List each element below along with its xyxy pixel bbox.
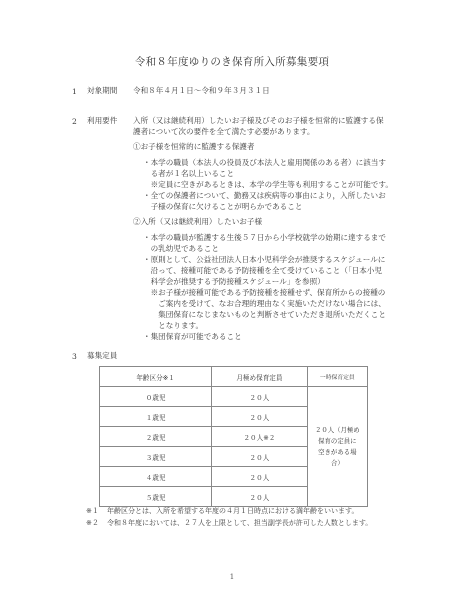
age-cell: ０歳児 (100, 387, 212, 407)
section-2-intro-line-1: 入所（又は継続利用）したいお子様及びそのお子様を恒常的に監護する保 (133, 115, 384, 126)
monthly-cell: ２０人※２ (212, 427, 307, 447)
note-1-text: 年齢区分とは、入所を希望する年度の４月１日時点における満年齢をいいます。 (107, 506, 358, 517)
temporary-line: 保育の定員に (312, 436, 363, 447)
document-page: 令和８年度ゆりのき保育所入所募集要項 1 対象期間 令和８年４月１日～令和９年３… (0, 0, 464, 600)
subsection-1-label: ①お子様を恒常的に監護する保護者 (133, 141, 255, 152)
note-2-text: 令和８年度においては、２７人を上限として、担当副学長が許可した人数とします。 (107, 518, 372, 529)
section-2-number: 2 (72, 117, 77, 126)
monthly-cell: ２０人 (212, 387, 307, 407)
subsection-2-line: 科学会が推奨する予防接種スケジュール」を参照） (143, 276, 325, 287)
subsection-2-line: ・本学の職員が監護する生後５７日から小学校就学の始期に達するまで (143, 232, 386, 243)
subsection-2-line: ・集団保育が可能であること (143, 331, 242, 342)
page-number: 1 (0, 573, 464, 581)
capacity-table: 年齢区分※１ 月極め保育定員 一時保育定員 ０歳児 ２０人 ２０人（月極め 保育… (99, 366, 368, 507)
section-3-heading: 募集定員 (87, 350, 117, 361)
age-cell: １歳児 (100, 407, 212, 427)
subsection-2-line: ・原則として、公益社団法人日本小児科学会が推奨するスケジュールに (143, 254, 385, 265)
monthly-cell: ２０人 (212, 407, 307, 427)
subsection-2-label: ②入所（又は継続利用）したいお子様 (133, 216, 262, 227)
subsection-1-line: 子様の保育に欠けることが明らかであること (143, 201, 302, 212)
note-1-mark: ※１ (86, 506, 99, 517)
section-1-number: 1 (72, 87, 77, 96)
monthly-cell: ２０人 (212, 487, 307, 507)
monthly-cell: ２０人 (212, 447, 307, 467)
temporary-line: ２０人（月極め (312, 425, 363, 436)
document-title: 令和８年度ゆりのき保育所入所募集要項 (0, 54, 464, 69)
section-2-intro-line-2: 護者について次の要件を全て満たす必要があります。 (133, 126, 315, 137)
subsection-1-line: ・本学の職員（本法人の役員及び本法人と雇用関係のある者）に該当す (143, 157, 386, 168)
subsection-2-line: の乳幼児であること (143, 243, 219, 254)
subsection-2-line: ご案内を受けて、なお合理的理由なく実施いただけない場合には、 (143, 298, 386, 309)
subsection-2-line: 沿って、接種可能である予防接種を全て受けていること（「日本小児 (143, 265, 382, 276)
subsection-1-line: ・全ての保護者について、勤務又は疾病等の事由により，入所したいお (143, 190, 386, 201)
table-row: ０歳児 ２０人 ２０人（月極め 保育の定員に 空きがある場 合） (100, 387, 368, 407)
monthly-cell: ２０人 (212, 467, 307, 487)
temporary-capacity-cell: ２０人（月極め 保育の定員に 空きがある場 合） (307, 387, 367, 507)
temporary-line: 空きがある場 (312, 447, 363, 458)
section-1-body: 令和８年４月１日～令和９年３月３１日 (133, 85, 270, 96)
section-3-number: 3 (72, 352, 77, 361)
temporary-line: 合） (312, 458, 363, 469)
header-monthly-capacity: 月極め保育定員 (212, 367, 307, 387)
subsection-1-line: る者が１名以上いること (143, 168, 234, 179)
note-2-mark: ※２ (86, 518, 99, 529)
age-cell: ４歳児 (100, 467, 212, 487)
section-1-heading: 対象期間 (87, 85, 117, 96)
header-temporary-capacity: 一時保育定員 (307, 367, 367, 387)
age-cell: ２歳児 (100, 427, 212, 447)
subsection-2-line: 集団保育になじまないものと判断させていただき退所いただくこと (143, 309, 386, 320)
table-header-row: 年齢区分※１ 月極め保育定員 一時保育定員 (100, 367, 368, 387)
subsection-1-line: ※定員に空きがあるときは、本学の学生等も利用することが可能です。 (143, 179, 393, 190)
header-age-group: 年齢区分※１ (100, 367, 212, 387)
section-2-heading: 利用要件 (87, 115, 117, 126)
subsection-2-line: となります。 (143, 320, 203, 331)
age-cell: ５歳児 (100, 487, 212, 507)
subsection-2-line: ※お子様が接種可能である予防接種を接種せず、保育所からの接種の (143, 287, 385, 298)
age-cell: ３歳児 (100, 447, 212, 467)
